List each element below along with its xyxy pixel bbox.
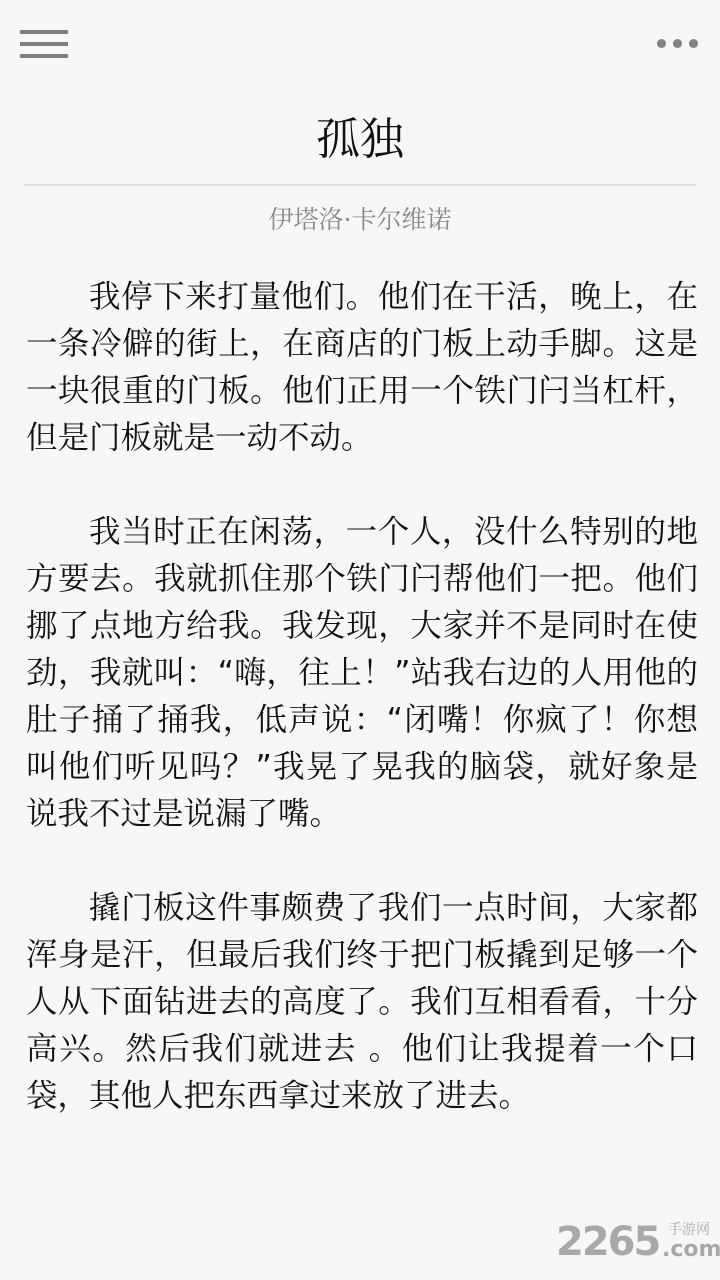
hamburger-menu-icon[interactable] bbox=[18, 28, 70, 60]
paragraph: 我当时正在闲荡，一个人，没什么特别的地方要去。我就抓住那个铁门闩帮他们一把。他们… bbox=[26, 509, 698, 838]
dot bbox=[657, 39, 666, 48]
title-divider bbox=[24, 184, 696, 186]
dot bbox=[673, 39, 682, 48]
watermark-logo: 2265 手游网 .com bbox=[556, 1220, 716, 1264]
watermark-label: 手游网 bbox=[668, 1222, 710, 1238]
more-options-icon[interactable] bbox=[654, 34, 702, 54]
paragraph: 我停下来打量他们。他们在干活，晚上，在一条冷僻的街上，在商店的门板上动手脚。这是… bbox=[26, 274, 698, 462]
menu-line bbox=[20, 30, 68, 34]
watermark-number: 2265 bbox=[556, 1220, 659, 1264]
menu-line bbox=[20, 42, 68, 46]
article-title: 孤独 bbox=[0, 110, 720, 170]
article-body: 我停下来打量他们。他们在干活，晚上，在一条冷僻的街上，在商店的门板上动手脚。这是… bbox=[26, 274, 698, 1167]
menu-line bbox=[20, 54, 68, 58]
paragraph: 撬门板这件事颇费了我们一点时间，大家都浑身是汗，但最后我们终于把门板撬到足够一个… bbox=[26, 885, 698, 1120]
watermark-domain: .com bbox=[662, 1238, 720, 1262]
dot bbox=[689, 39, 698, 48]
article-author: 伊塔洛·卡尔维诺 bbox=[0, 200, 720, 240]
top-bar bbox=[0, 0, 720, 90]
